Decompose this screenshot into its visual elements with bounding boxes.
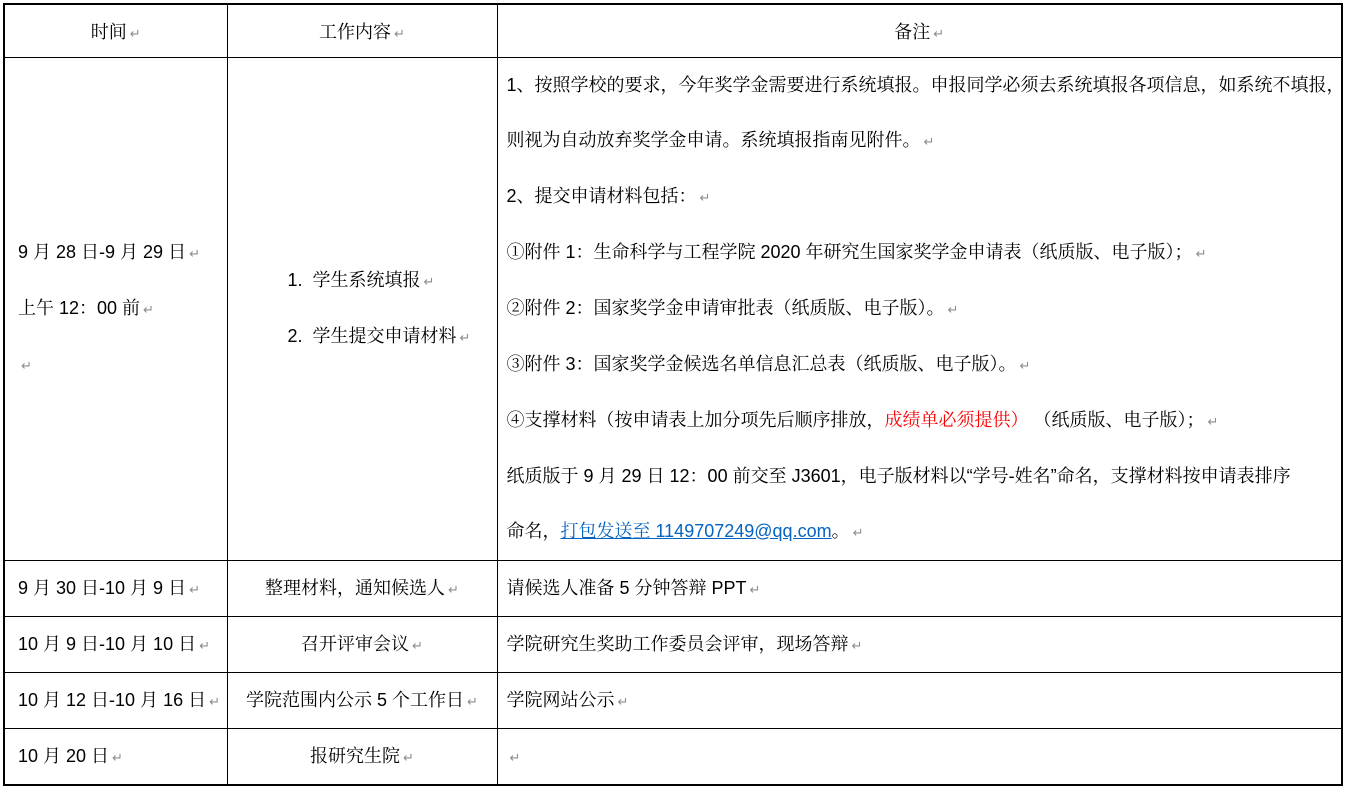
paragraph-mark: ↵ [189, 246, 200, 261]
paragraph-mark: ↵ [853, 525, 864, 540]
paragraph-mark: ↵ [1208, 414, 1219, 429]
row5-time-cell: 10 月 20 日↵ [4, 728, 227, 772]
work-list-item: 1. 学生系统填报↵ [288, 253, 497, 309]
email-link[interactable]: 打包发送至 1149707249@qq.com [561, 521, 832, 541]
paragraph-mark: ↵ [948, 302, 959, 317]
notes-text: 学院网站公示 [507, 690, 615, 710]
paragraph-mark: ↵ [424, 274, 435, 289]
red-highlight-text: 成绩单必须提供） [885, 410, 1029, 430]
notes-text: 纸质版于 9 月 29 日 12：00 前交至 J3601，电子版材料以“学号-… [507, 466, 1291, 486]
work-text: 学院范围内公示 5 个工作日 [246, 690, 464, 710]
paragraph-mark: ↵ [460, 330, 471, 345]
notes-line-attachment-1: ①附件 1：生命科学与工程学院 2020 年研究生国家奖学金申请表（纸质版、电子… [507, 225, 1338, 281]
row2-time-cell: 9 月 30 日-10 月 9 日↵ [4, 560, 227, 616]
notes-text: 。 [832, 521, 850, 541]
paragraph-mark: ↵ [112, 750, 123, 765]
time-text: 9 月 30 日-10 月 9 日 [18, 578, 186, 598]
header-cell-time: 时间↵ [4, 4, 227, 57]
paragraph-mark: ↵ [1020, 358, 1031, 373]
paragraph-mark: ↵ [933, 26, 944, 41]
work-list-item: 2. 学生提交申请材料↵ [288, 309, 497, 365]
notes-text: 请候选人准备 5 分钟答辩 PPT [507, 578, 747, 598]
notes-line-attachment-2: ②附件 2：国家奖学金申请审批表（纸质版、电子版）。↵ [507, 281, 1338, 337]
table-row: 9 月 30 日-10 月 9 日↵ 整理材料，通知候选人↵ 请候选人准备 5 … [4, 560, 1342, 616]
row1-time-cell: 9 月 28 日-9 月 29 日↵ 上午 12：00 前↵ ↵ [4, 57, 227, 560]
row3-time-cell: 10 月 9 日-10 月 10 日↵ [4, 616, 227, 672]
work-item-text: 1. 学生系统填报 [288, 270, 421, 290]
table-row: 10 月 9 日-10 月 10 日↵ 召开评审会议↵ 学院研究生奖助工作委员会… [4, 616, 1342, 672]
notes-line: 纸质版于 9 月 29 日 12：00 前交至 J3601，电子版材料以“学号-… [507, 449, 1338, 504]
work-text: 报研究生院 [310, 746, 400, 766]
row4-notes-cell: 学院网站公示↵ [497, 672, 1342, 728]
work-item-text: 2. 学生提交申请材料 [288, 326, 457, 346]
notes-text: ③附件 3：国家奖学金候选名单信息汇总表（纸质版、电子版）。 [507, 354, 1017, 374]
paragraph-mark: ↵ [143, 302, 154, 317]
row3-work-cell: 召开评审会议↵ [227, 616, 497, 672]
row1-work-cell: 1. 学生系统填报↵ 2. 学生提交申请材料↵ [227, 57, 497, 560]
header-time-label: 时间 [91, 22, 127, 42]
table-row: 10 月 12 日-10 月 16 日↵ 学院范围内公示 5 个工作日↵ 学院网… [4, 672, 1342, 728]
row4-work-cell: 学院范围内公示 5 个工作日↵ [227, 672, 497, 728]
paragraph-mark: ↵ [700, 190, 711, 205]
paragraph-mark: ↵ [448, 582, 459, 597]
header-cell-notes: 备注↵ [497, 4, 1342, 57]
time-text: 10 月 9 日-10 月 10 日 [18, 634, 196, 654]
notes-line-attachment-4: ④支撑材料（按申请表上加分项先后顺序排放，成绩单必须提供） （纸质版、电子版）；… [507, 393, 1338, 449]
table-row: 9 月 28 日-9 月 29 日↵ 上午 12：00 前↵ ↵ 1. 学生系统… [4, 57, 1342, 560]
row1-notes-cell: 1、按照学校的要求，今年奖学金需要进行系统填报。申报同学必须去系统填报各项信息，… [497, 57, 1342, 560]
table-header-row: 时间↵ 工作内容↵ 备注↵ [4, 4, 1342, 57]
paragraph-mark: ↵ [1196, 246, 1207, 261]
notes-text: 命名， [507, 521, 561, 541]
header-cell-work: 工作内容↵ [227, 4, 497, 57]
notes-text: ①附件 1：生命科学与工程学院 2020 年研究生国家奖学金申请表（纸质版、电子… [507, 242, 1193, 262]
work-text: 整理材料，通知候选人 [265, 578, 445, 598]
paragraph-mark: ↵ [467, 694, 478, 709]
paragraph-mark: ↵ [199, 638, 210, 653]
time-text: 10 月 20 日 [18, 746, 109, 766]
row5-work-cell: 报研究生院↵ [227, 728, 497, 772]
row3-notes-cell: 学院研究生奖助工作委员会评审，现场答辩↵ [497, 616, 1342, 672]
paragraph-mark: ↵ [209, 694, 220, 709]
notes-text: ④支撑材料（按申请表上加分项先后顺序排放， [507, 410, 885, 430]
notes-text: ②附件 2：国家奖学金申请审批表（纸质版、电子版）。 [507, 298, 945, 318]
empty-paragraph-line: ↵ [18, 337, 227, 393]
paragraph-mark: ↵ [189, 582, 200, 597]
paragraph-mark: ↵ [21, 358, 32, 373]
paragraph-mark: ↵ [130, 26, 141, 41]
time-text-line: 9 月 28 日-9 月 29 日↵ [18, 225, 227, 281]
work-text: 召开评审会议 [301, 634, 409, 654]
row2-work-cell: 整理材料，通知候选人↵ [227, 560, 497, 616]
header-notes-label: 备注 [894, 22, 930, 42]
time-text: 上午 12：00 前 [18, 298, 140, 318]
time-text: 9 月 28 日-9 月 29 日 [18, 242, 186, 262]
notes-line: 2、提交申请材料包括：↵ [507, 169, 1338, 225]
notes-line-email: 命名，打包发送至 1149707249@qq.com。↵ [507, 504, 1338, 560]
notes-line: 则视为自动放弃奖学金申请。系统填报指南见附件。↵ [507, 113, 1338, 169]
notes-text: 1、按照学校的要求，今年奖学金需要进行系统填报。申报同学必须去系统填报各项信息，… [507, 75, 1343, 95]
notes-text: 学院研究生奖助工作委员会评审，现场答辩 [507, 634, 849, 654]
header-work-label: 工作内容 [319, 22, 391, 42]
notes-line: 1、按照学校的要求，今年奖学金需要进行系统填报。申报同学必须去系统填报各项信息，… [507, 58, 1338, 113]
paragraph-mark: ↵ [403, 750, 414, 765]
row5-notes-cell: ↵ [497, 728, 1342, 772]
row2-notes-cell: 请候选人准备 5 分钟答辩 PPT↵ [497, 560, 1342, 616]
schedule-table: 时间↵ 工作内容↵ 备注↵ 9 月 28 日-9 月 29 日↵ 上午 12：0… [3, 3, 1343, 772]
notes-text: 则视为自动放弃奖学金申请。系统填报指南见附件。 [507, 130, 921, 150]
time-text: 10 月 12 日-10 月 16 日 [18, 690, 206, 710]
notes-line-attachment-3: ③附件 3：国家奖学金候选名单信息汇总表（纸质版、电子版）。↵ [507, 337, 1338, 393]
paragraph-mark: ↵ [924, 134, 935, 149]
paragraph-mark: ↵ [852, 638, 863, 653]
notes-text: 2、提交申请材料包括： [507, 186, 697, 206]
paragraph-mark: ↵ [394, 26, 405, 41]
paragraph-mark: ↵ [510, 750, 521, 765]
paragraph-mark: ↵ [750, 582, 761, 597]
paragraph-mark: ↵ [412, 638, 423, 653]
table-row: 10 月 20 日↵ 报研究生院↵ ↵ [4, 728, 1342, 772]
paragraph-mark: ↵ [618, 694, 629, 709]
row4-time-cell: 10 月 12 日-10 月 16 日↵ [4, 672, 227, 728]
time-text-line: 上午 12：00 前↵ [18, 281, 227, 337]
notes-text: （纸质版、电子版）； [1029, 410, 1205, 430]
